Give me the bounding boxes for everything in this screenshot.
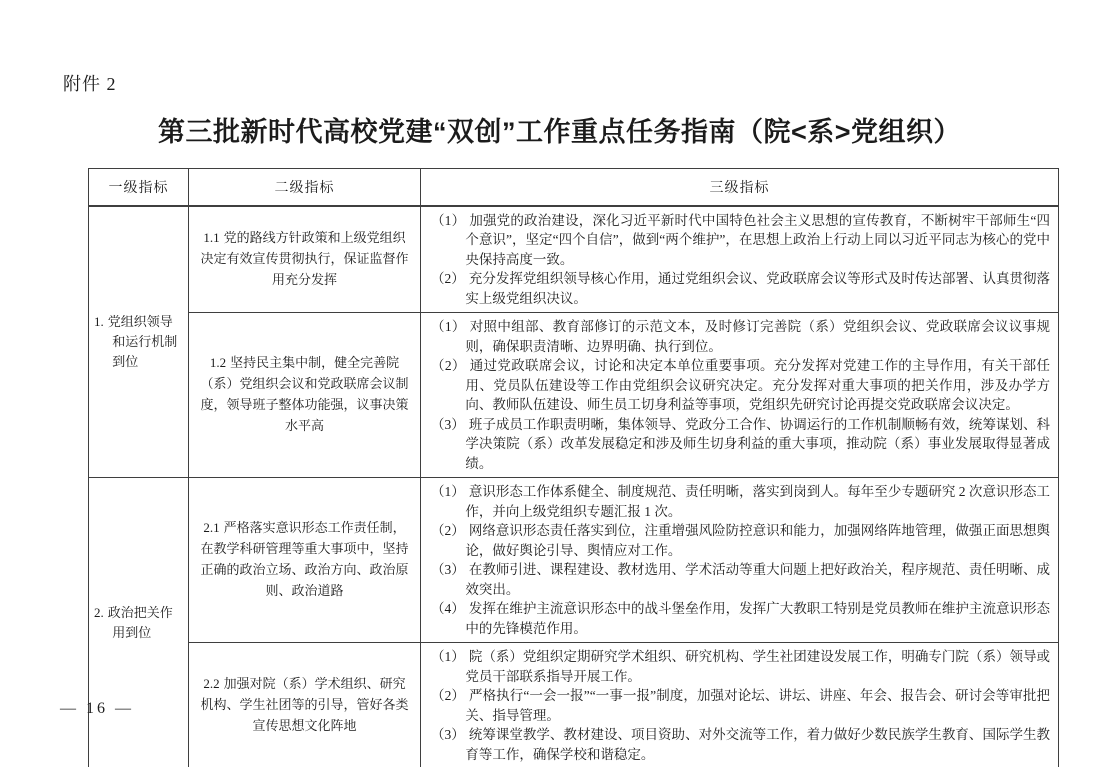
- item-text: 加强党的政治建设，深化习近平新时代中国特色社会主义思想的宣传教育，不断树牢干部师…: [465, 213, 1050, 267]
- column-header-level2: 二级指标: [189, 169, 421, 206]
- indicator-table-container: 一级指标 二级指标 三级指标 1.党组织领导和运行机制到位 1.1党的路线方针政…: [88, 168, 1058, 767]
- level3-indicator-cell-2-2: （1）院（系）党组织定期研究学术组织、研究机构、学生社团建设发展工作，明确专门院…: [421, 643, 1059, 767]
- item-text: 院（系）党组织定期研究学术组织、研究机构、学生社团建设发展工作，明确专门院（系）…: [465, 649, 1050, 684]
- attachment-label: 附件 2: [63, 70, 117, 96]
- task-item: （2）网络意识形态责任落实到位，注重增强风险防控意识和能力，加强网络阵地管理，做…: [431, 521, 1050, 560]
- indicator-table: 一级指标 二级指标 三级指标 1.党组织领导和运行机制到位 1.1党的路线方针政…: [88, 168, 1059, 767]
- item-number: （2）: [431, 271, 469, 286]
- item-number: （2）: [431, 358, 470, 373]
- item-text: 班子成员工作职责明晰，集体领导、党政分工合作、协调运行的工作机制顺畅有效，统筹谋…: [465, 417, 1050, 471]
- item-text: 意识形态工作体系健全、制度规范、责任明晰，落实到岗到人。每年至少专题研究 2 次…: [465, 484, 1050, 519]
- item-text: 严格执行“一会一报”“一事一报”制度，加强对论坛、讲坛、讲座、年会、报告会、研讨…: [465, 688, 1050, 723]
- level3-indicator-cell-1-2: （1）对照中组部、教育部修订的示范文本，及时修订完善院（系）党组织会议、党政联席…: [421, 313, 1059, 478]
- level2-label: 加强对院（系）学术组织、研究机构、学生社团等的引导，管好各类宣传思想文化阵地: [200, 676, 408, 733]
- task-item: （4）发挥在维护主流意识形态中的战斗堡垒作用，发挥广大教职工特别是党员教师在维护…: [431, 599, 1050, 638]
- table-row: 2.政治把关作用到位 2.1严格落实意识形态工作责任制，在教学科研管理等重大事项…: [89, 478, 1059, 643]
- column-header-level1: 一级指标: [89, 169, 189, 206]
- level3-indicator-cell-1-1: （1）加强党的政治建设，深化习近平新时代中国特色社会主义思想的宣传教育，不断树牢…: [421, 206, 1059, 313]
- level2-label: 严格落实意识形态工作责任制，在教学科研管理等重大事项中，坚持正确的政治立场、政治…: [200, 520, 408, 597]
- level1-indicator-text: 1.党组织领导和运行机制到位: [94, 312, 183, 372]
- level2-indicator-text: 1.1党的路线方针政策和上级党组织决定有效宣传贯彻执行，保证监督作用充分发挥: [197, 228, 412, 290]
- item-number: （4）: [431, 601, 469, 616]
- task-item: （1）意识形态工作体系健全、制度规范、责任明晰，落实到岗到人。每年至少专题研究 …: [431, 482, 1050, 521]
- item-number: （3）: [431, 562, 469, 577]
- item-number: （1）: [431, 213, 469, 228]
- level2-label: 坚持民主集中制，健全完善院（系）党组织会议和党政联席会议制度，领导班子整体功能强…: [200, 355, 408, 432]
- task-item: （3）在教师引进、课程建设、教材选用、学术活动等重大问题上把好政治关，程序规范、…: [431, 560, 1050, 599]
- level1-number: 1.: [94, 314, 108, 329]
- level1-label: 政治把关作用到位: [108, 605, 173, 640]
- task-item: （3）班子成员工作职责明晰，集体领导、党政分工合作、协调运行的工作机制顺畅有效，…: [431, 415, 1050, 474]
- item-number: （3）: [431, 727, 469, 742]
- item-text: 统筹课堂教学、教材建设、项目资助、对外交流等工作，着力做好少数民族学生教育、国际…: [465, 727, 1050, 762]
- level2-label: 党的路线方针政策和上级党组织决定有效宣传贯彻执行，保证监督作用充分发挥: [200, 230, 408, 287]
- item-text: 充分发挥党组织领导核心作用，通过党组织会议、党政联席会议等形式及时传达部署、认真…: [465, 271, 1050, 306]
- level1-number: 2.: [94, 605, 108, 620]
- level2-indicator-cell-2-2: 2.2加强对院（系）学术组织、研究机构、学生社团等的引导，管好各类宣传思想文化阵…: [189, 643, 421, 767]
- level2-indicator-cell-1-1: 1.1党的路线方针政策和上级党组织决定有效宣传贯彻执行，保证监督作用充分发挥: [189, 206, 421, 313]
- level2-number: 1.1: [203, 230, 223, 245]
- task-item: （2）严格执行“一会一报”“一事一报”制度，加强对论坛、讲坛、讲座、年会、报告会…: [431, 686, 1050, 725]
- level3-indicator-cell-2-1: （1）意识形态工作体系健全、制度规范、责任明晰，落实到岗到人。每年至少专题研究 …: [421, 478, 1059, 643]
- level2-indicator-text: 2.2加强对院（系）学术组织、研究机构、学生社团等的引导，管好各类宣传思想文化阵…: [197, 674, 412, 736]
- table-row: 1.2坚持民主集中制，健全完善院（系）党组织会议和党政联席会议制度，领导班子整体…: [89, 313, 1059, 478]
- page-number: — 16 —: [60, 700, 134, 718]
- item-text: 发挥在维护主流意识形态中的战斗堡垒作用，发挥广大教职工特别是党员教师在维护主流意…: [465, 601, 1050, 636]
- item-number: （2）: [431, 688, 469, 703]
- task-item: （1）加强党的政治建设，深化习近平新时代中国特色社会主义思想的宣传教育，不断树牢…: [431, 211, 1050, 270]
- level1-indicator-cell-2: 2.政治把关作用到位: [89, 478, 189, 767]
- item-text: 网络意识形态责任落实到位，注重增强风险防控意识和能力，加强网络阵地管理，做强正面…: [465, 523, 1050, 558]
- task-item: （1）院（系）党组织定期研究学术组织、研究机构、学生社团建设发展工作，明确专门院…: [431, 647, 1050, 686]
- item-text: 通过党政联席会议，讨论和决定本单位重要事项。充分发挥对党建工作的主导作用，有关干…: [465, 358, 1050, 412]
- column-header-level3: 三级指标: [421, 169, 1059, 206]
- table-header-row: 一级指标 二级指标 三级指标: [89, 169, 1059, 206]
- task-item: （3）统筹课堂教学、教材建设、项目资助、对外交流等工作，着力做好少数民族学生教育…: [431, 725, 1050, 764]
- task-item: （2）通过党政联席会议，讨论和决定本单位重要事项。充分发挥对党建工作的主导作用，…: [431, 356, 1050, 415]
- level1-label: 党组织领导和运行机制到位: [108, 314, 177, 369]
- task-item: （2）充分发挥党组织领导核心作用，通过党组织会议、党政联席会议等形式及时传达部署…: [431, 269, 1050, 308]
- level2-number: 2.1: [203, 520, 223, 535]
- table-row: 2.2加强对院（系）学术组织、研究机构、学生社团等的引导，管好各类宣传思想文化阵…: [89, 643, 1059, 767]
- item-text: 在教师引进、课程建设、教材选用、学术活动等重大问题上把好政治关，程序规范、责任明…: [465, 562, 1050, 597]
- item-number: （1）: [431, 319, 470, 334]
- level2-indicator-text: 1.2坚持民主集中制，健全完善院（系）党组织会议和党政联席会议制度，领导班子整体…: [197, 353, 412, 436]
- document-title: 第三批新时代高校党建“双创”工作重点任务指南（院<系>党组织）: [0, 110, 1119, 149]
- level2-indicator-cell-2-1: 2.1严格落实意识形态工作责任制，在教学科研管理等重大事项中，坚持正确的政治立场…: [189, 478, 421, 643]
- item-text: 对照中组部、教育部修订的示范文本，及时修订完善院（系）党组织会议、党政联席会议议…: [465, 319, 1050, 354]
- table-row: 1.党组织领导和运行机制到位 1.1党的路线方针政策和上级党组织决定有效宣传贯彻…: [89, 206, 1059, 313]
- item-number: （1）: [431, 649, 469, 664]
- level1-indicator-cell-1: 1.党组织领导和运行机制到位: [89, 206, 189, 478]
- level2-indicator-cell-1-2: 1.2坚持民主集中制，健全完善院（系）党组织会议和党政联席会议制度，领导班子整体…: [189, 313, 421, 478]
- level2-number: 2.2: [203, 676, 223, 691]
- document-page: 附件 2 第三批新时代高校党建“双创”工作重点任务指南（院<系>党组织） 一级指…: [0, 0, 1119, 767]
- task-item: （1）对照中组部、教育部修订的示范文本，及时修订完善院（系）党组织会议、党政联席…: [431, 317, 1050, 356]
- level2-indicator-text: 2.1严格落实意识形态工作责任制，在教学科研管理等重大事项中，坚持正确的政治立场…: [197, 518, 412, 601]
- level1-indicator-text: 2.政治把关作用到位: [94, 603, 183, 643]
- item-number: （2）: [431, 523, 469, 538]
- item-number: （3）: [431, 417, 469, 432]
- level2-number: 1.2: [210, 355, 230, 370]
- item-number: （1）: [431, 484, 469, 499]
